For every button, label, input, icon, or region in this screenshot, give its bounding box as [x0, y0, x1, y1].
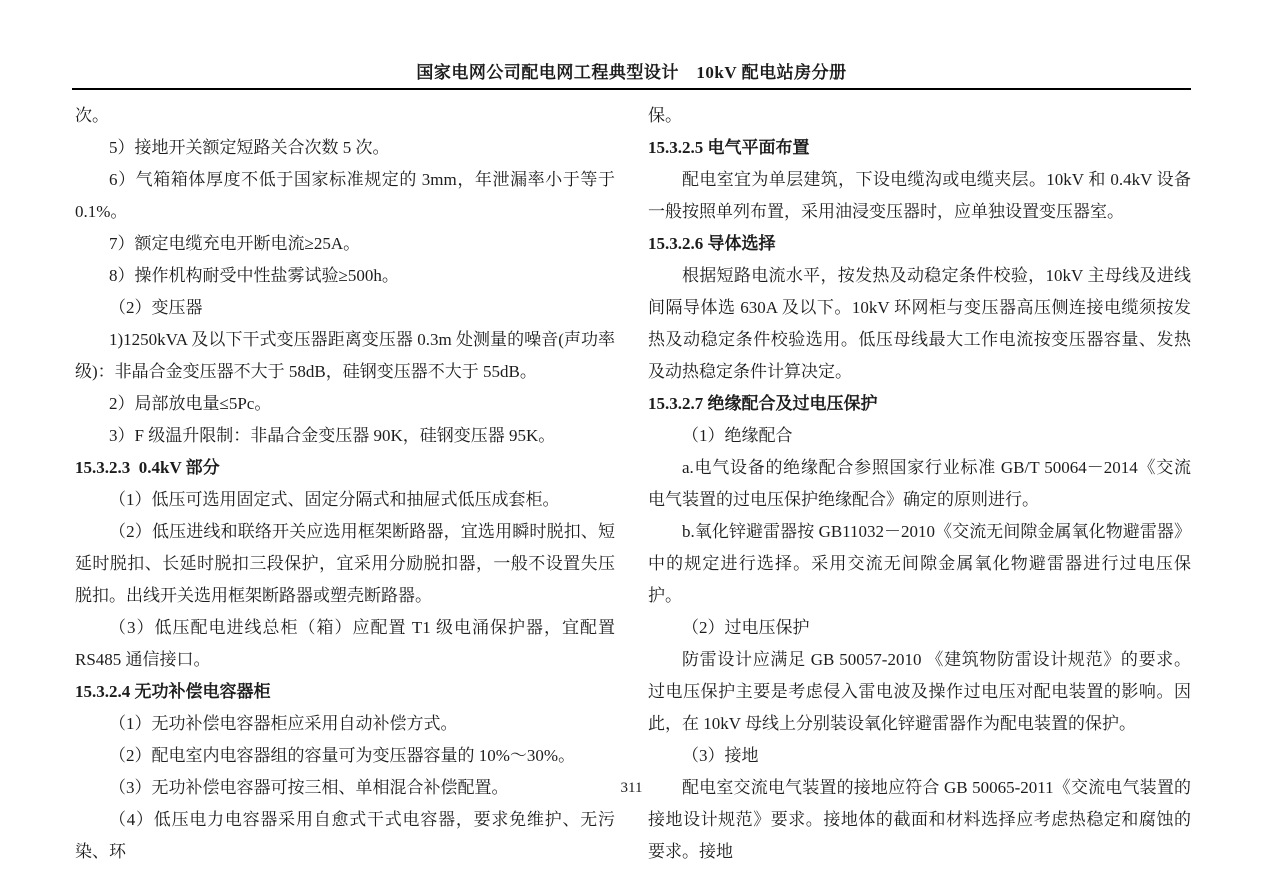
paragraph: （2）变压器: [75, 292, 615, 324]
list-item: 7）额定电缆充电开断电流≥25A。: [75, 228, 615, 260]
paragraph: a.电气设备的绝缘配合参照国家行业标准 GB/T 50064－2014《交流电气…: [648, 452, 1191, 516]
header-rule: [72, 88, 1191, 90]
paragraph: 1)1250kVA 及以下干式变压器距离变压器 0.3m 处测量的噪音(声功率级…: [75, 324, 615, 388]
list-item: 6）气箱箱体厚度不低于国家标准规定的 3mm，年泄漏率小于等于 0.1%。: [75, 164, 615, 228]
section-heading: 15.3.2.4 无功补偿电容器柜: [75, 676, 615, 708]
paragraph: （4）低压电力电容器采用自愈式干式电容器，要求免维护、无污染、环: [75, 804, 615, 868]
paragraph: （2）过电压保护: [648, 612, 1191, 644]
paragraph: （1）低压可选用固定式、固定分隔式和抽屉式低压成套柜。: [75, 484, 615, 516]
document-page: 国家电网公司配电网工程典型设计 10kV 配电站房分册 次。 5）接地开关额定短…: [0, 0, 1263, 892]
paragraph: （3）接地: [648, 740, 1191, 772]
paragraph: （3）低压配电进线总柜（箱）应配置 T1 级电涌保护器，宜配置 RS485 通信…: [75, 612, 615, 676]
paragraph: 保。: [648, 100, 1191, 132]
list-item: 2）局部放电量≤5Pc。: [75, 388, 615, 420]
paragraph: （1）绝缘配合: [648, 420, 1191, 452]
section-heading: 15.3.2.7 绝缘配合及过电压保护: [648, 388, 1191, 420]
list-item: 3）F 级温升限制：非晶合金变压器 90K，硅钢变压器 95K。: [75, 420, 615, 452]
section-heading: 15.3.2.5 电气平面布置: [648, 132, 1191, 164]
paragraph: 防雷设计应满足 GB 50057-2010 《建筑物防雷设计规范》的要求。过电压…: [648, 644, 1191, 740]
list-item: 5）接地开关额定短路关合次数 5 次。: [75, 132, 615, 164]
section-heading: 15.3.2.6 导体选择: [648, 228, 1191, 260]
paragraph: 次。: [75, 100, 615, 132]
paragraph: 根据短路电流水平，按发热及动稳定条件校验，10kV 主母线及进线间隔导体选 63…: [648, 260, 1191, 388]
paragraph: 配电室宜为单层建筑，下设电缆沟或电缆夹层。10kV 和 0.4kV 设备一般按照…: [648, 164, 1191, 228]
paragraph: （2）低压进线和联络开关应选用框架断路器，宜选用瞬时脱扣、短延时脱扣、长延时脱扣…: [75, 516, 615, 612]
paragraph: （2）配电室内电容器组的容量可为变压器容量的 10%～30%。: [75, 740, 615, 772]
page-number: 311: [0, 780, 1263, 797]
page-header-title: 国家电网公司配电网工程典型设计 10kV 配电站房分册: [0, 58, 1263, 83]
left-column: 次。 5）接地开关额定短路关合次数 5 次。 6）气箱箱体厚度不低于国家标准规定…: [75, 100, 615, 868]
paragraph: （1）无功补偿电容器柜应采用自动补偿方式。: [75, 708, 615, 740]
list-item: 8）操作机构耐受中性盐雾试验≥500h。: [75, 260, 615, 292]
paragraph: b.氧化锌避雷器按 GB11032－2010《交流无间隙金属氧化物避雷器》中的规…: [648, 516, 1191, 612]
right-column: 保。 15.3.2.5 电气平面布置 配电室宜为单层建筑，下设电缆沟或电缆夹层。…: [648, 100, 1191, 868]
section-heading: 15.3.2.3 0.4kV 部分: [75, 452, 615, 484]
